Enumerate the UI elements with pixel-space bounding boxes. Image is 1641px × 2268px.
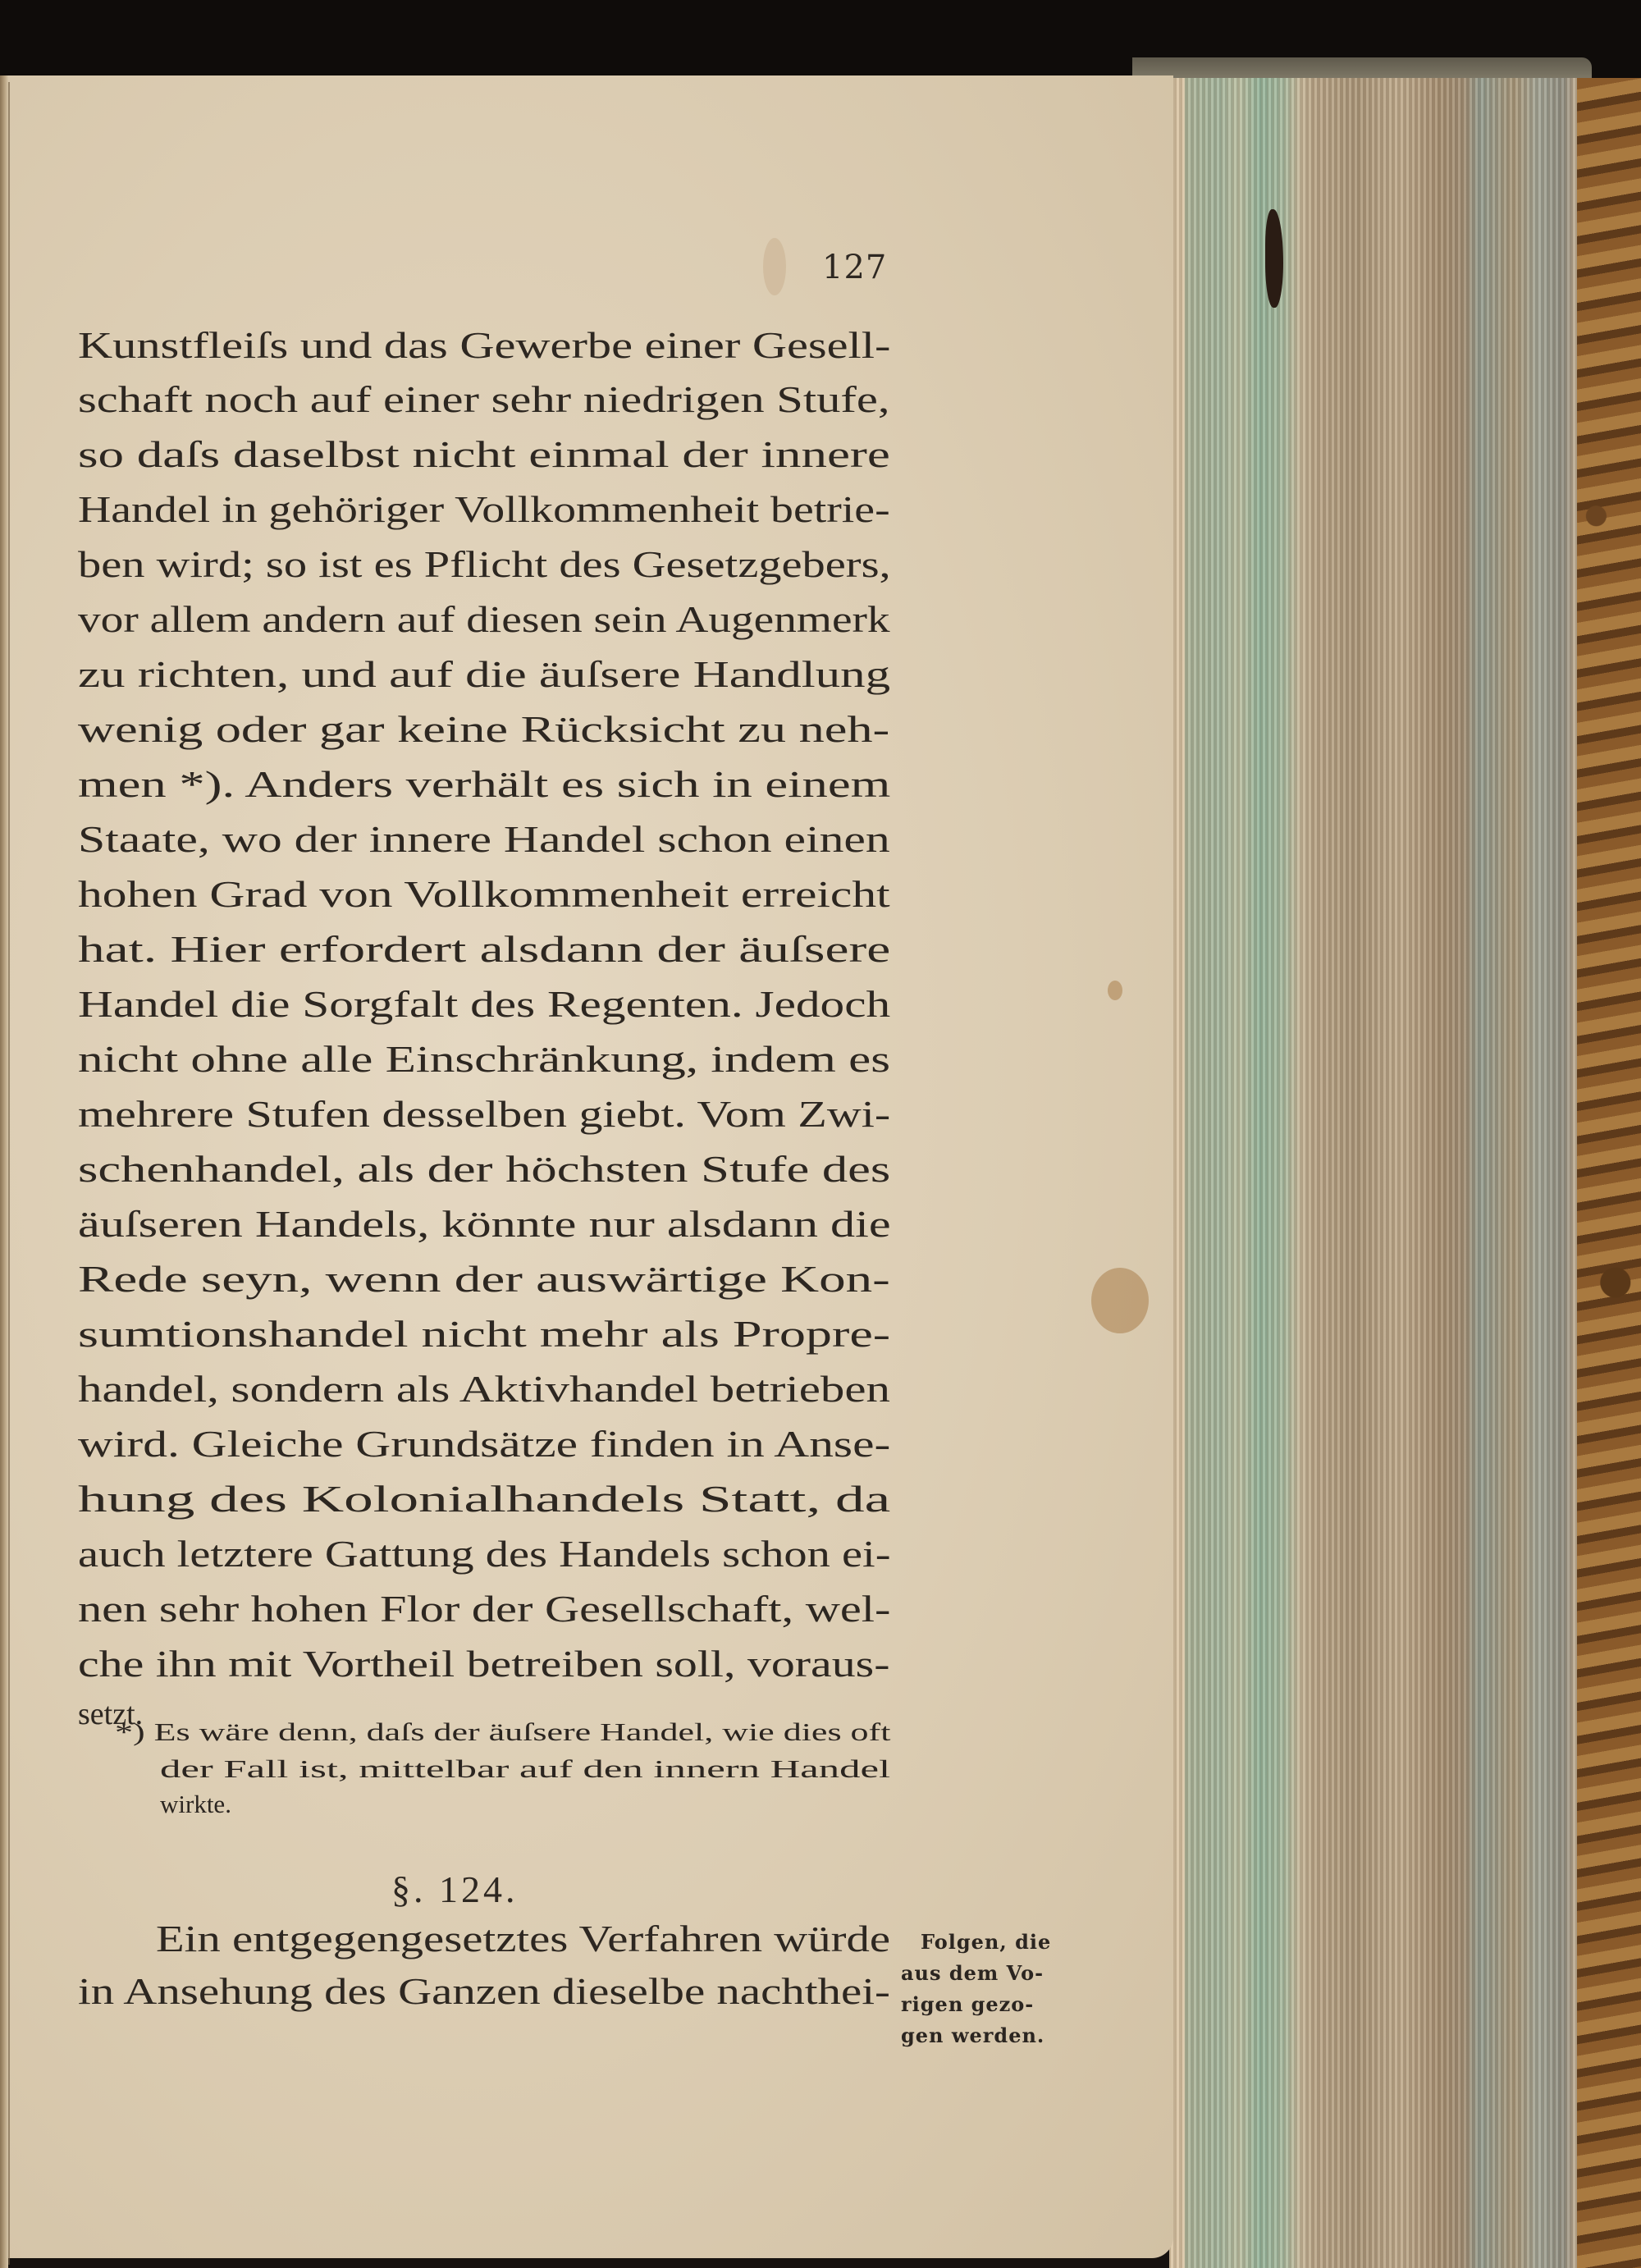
text-line: wenig oder gar keine Rücksicht zu neh- — [78, 711, 889, 748]
text-line: in Ansehung des Ganzen dieselbe nachthei… — [78, 1973, 890, 2010]
margin-note-line: rigen gezo- — [901, 1992, 1034, 2016]
book-fore-edge — [1169, 78, 1579, 2268]
gutter-line — [8, 82, 10, 2265]
page-number: 127 — [822, 249, 887, 286]
text-line: Kunstfleiſs und das Gewerbe einer Gesell… — [78, 327, 890, 364]
text-line: äuſseren Handels, könnte nur alsdann die — [78, 1205, 891, 1243]
text-line: nen sehr hohen Flor der Gesellschaft, we… — [78, 1590, 890, 1628]
text-line: Handel die Sorgfalt des Regenten. Jedoch — [78, 985, 890, 1023]
margin-note-line: aus dem Vo- — [901, 1961, 1044, 1985]
text-line: Staate, wo der innere Handel schon einen — [78, 821, 890, 858]
text-line: vor allem andern auf diesen sein Augenme… — [78, 601, 890, 638]
text-line: so daſs daselbst nicht einmal der innere — [78, 436, 890, 473]
foxing-stain — [1108, 981, 1122, 1000]
text-line: zu richten, und auf die äuſsere Handlung — [78, 656, 890, 693]
foxing-stain — [1091, 1268, 1149, 1333]
footnote-line: wirkte. — [160, 1790, 231, 1819]
text-line: men *). Anders verhält es sich in einem — [78, 766, 890, 803]
section-heading: §. 124. — [391, 1868, 519, 1911]
book-cover-marbled — [1577, 78, 1641, 2268]
text-line: Handel in gehöriger Vollkommenheit betri… — [78, 491, 890, 528]
text-line: Ein entgegengesetztes Verfahren würde — [156, 1920, 890, 1958]
text-line: ben wird; so ist es Pflicht des Gesetzge… — [78, 546, 891, 583]
footnote-line: *) Es wäre denn, daſs der äuſsere Handel… — [115, 1717, 890, 1747]
text-line: Rede seyn, wenn der auswärtige Kon- — [78, 1260, 890, 1298]
footnote-line: der Fall ist, mittelbar auf den innern H… — [160, 1754, 890, 1784]
text-line: sumtionshandel nicht mehr als Propre- — [78, 1315, 890, 1353]
text-line: nicht ohne alle Einschränkung, indem es — [78, 1040, 890, 1078]
text-line: mehrere Stufen desselben giebt. Vom Zwi- — [78, 1095, 890, 1133]
text-line: hat. Hier erfordert alsdann der äuſsere — [78, 931, 890, 968]
text-line: hohen Grad von Vollkommenheit erreicht — [78, 876, 890, 913]
margin-note-line: gen werden. — [901, 2023, 1044, 2047]
text-line: wird. Gleiche Grundsätze finden in Anse- — [78, 1425, 890, 1463]
foxing-stain — [763, 238, 786, 295]
text-line: handel, sondern als Aktivhandel betriebe… — [78, 1370, 890, 1408]
text-line: che ihn mit Vortheil betreiben soll, vor… — [78, 1645, 889, 1683]
text-line: hung des Kolonialhandels Statt, da — [78, 1480, 890, 1518]
page-gutter — [0, 75, 8, 2268]
margin-note-line: Folgen, die — [921, 1930, 1051, 1954]
text-line: auch letztere Gattung des Handels schon … — [78, 1535, 890, 1573]
text-line: schenhandel, als der höchsten Stufe des — [78, 1150, 890, 1188]
text-line: schaft noch auf einer sehr niedrigen Stu… — [78, 381, 889, 418]
